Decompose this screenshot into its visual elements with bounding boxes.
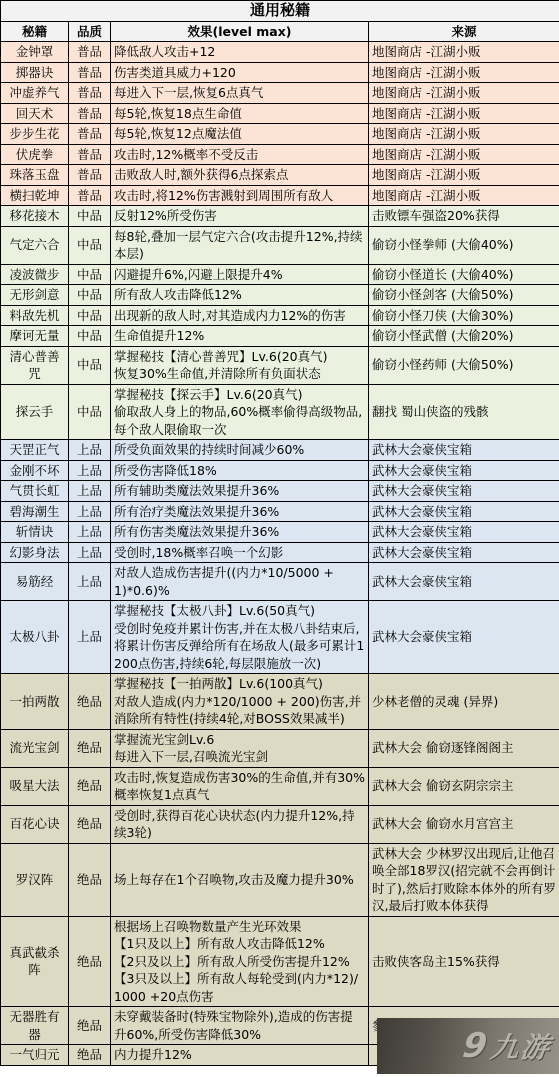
- table-row: 移花接木中品反射12%所受伤害击败镖车强盗20%获得: [1, 206, 559, 227]
- effect-cell: 所受伤害降低18%: [111, 460, 369, 481]
- source-cell: 武林大会豪侠宝箱: [369, 601, 559, 674]
- effect-cell: 所有伤害类魔法效果提升36%: [111, 522, 369, 543]
- manual-name-cell: 气贯长虹: [1, 481, 69, 502]
- quality-cell: 绝品: [69, 843, 111, 916]
- table-row: 一拍两散绝品掌握秘技【一拍两散】Lv.6(100真气) 对敌人造成(内力*120…: [1, 674, 559, 730]
- table-row: 吸星大法绝品攻击时,恢复造成伤害30%的生命值,并有30%概率恢复1点真气武林大…: [1, 767, 559, 805]
- manual-name-cell: 移花接木: [1, 206, 69, 227]
- effect-cell: 击败敌人时,额外获得6点探索点: [111, 165, 369, 186]
- quality-cell: 绝品: [69, 1007, 111, 1045]
- quality-cell: 上品: [69, 522, 111, 543]
- table-row: 金钟罩普品降低敌人攻击+12地图商店 -江湖小贩: [1, 42, 559, 63]
- manual-name-cell: 冲虚养气: [1, 83, 69, 104]
- quality-cell: 中品: [69, 346, 111, 384]
- manual-name-cell: 真武截杀阵: [1, 916, 69, 1007]
- source-cell: 地图商店 -江湖小贩: [369, 144, 559, 165]
- source-cell: 武林大会豪侠宝箱: [369, 460, 559, 481]
- table-row: 无形剑意中品所有敌人攻击降低12%偷窃小怪剑客 (大偷50%): [1, 285, 559, 306]
- quality-cell: 普品: [69, 62, 111, 83]
- manual-name-cell: 太极八卦: [1, 601, 69, 674]
- effect-cell: 攻击时,12%概率不受反击: [111, 144, 369, 165]
- effect-cell: 每5轮,恢复18点生命值: [111, 103, 369, 124]
- effect-cell: 生命值提升12%: [111, 326, 369, 347]
- effect-cell: 出现新的敌人时,对其造成内力12%的伤害: [111, 305, 369, 326]
- source-cell: 偷窃小怪拳师 (大偷40%): [369, 226, 559, 264]
- source-cell: 偷窃小怪道长 (大偷40%): [369, 264, 559, 285]
- table-row: 真武截杀阵绝品根据场上召唤物数量产生光环效果 【1只及以上】所有敌人攻击降低12…: [1, 916, 559, 1007]
- quality-cell: 普品: [69, 103, 111, 124]
- table-row: 百花心诀绝品受创时,获得百花心诀状态(内力提升12%,持续3轮)武林大会 偷窃水…: [1, 805, 559, 843]
- effect-cell: 受创时,获得百花心诀状态(内力提升12%,持续3轮): [111, 805, 369, 843]
- 9game-logo-icon: 9: [461, 1026, 490, 1066]
- manual-name-cell: 罗汉阵: [1, 843, 69, 916]
- table-row: 气贯长虹上品所有辅助类魔法效果提升36%武林大会豪侠宝箱: [1, 481, 559, 502]
- manual-name-cell: 碧海潮生: [1, 501, 69, 522]
- quality-cell: 上品: [69, 481, 111, 502]
- effect-cell: 掌握秘技【一拍两散】Lv.6(100真气) 对敌人造成(内力*120/1000 …: [111, 674, 369, 730]
- manual-name-cell: 清心普善咒: [1, 346, 69, 384]
- source-cell: 偷窃小怪药师 (大偷50%): [369, 346, 559, 384]
- quality-cell: 绝品: [69, 916, 111, 1007]
- source-cell: 武林大会 偷窃逐锋阁阁主: [369, 729, 559, 767]
- effect-cell: 掌握秘技【太极八卦】Lv.6(50真气) 受创时免疫并累计伤害,并在太极八卦结束…: [111, 601, 369, 674]
- quality-cell: 中品: [69, 264, 111, 285]
- quality-cell: 上品: [69, 563, 111, 601]
- quality-cell: 普品: [69, 165, 111, 186]
- effect-cell: 受创时,18%概率召唤一个幻影: [111, 542, 369, 563]
- manual-name-cell: 气定六合: [1, 226, 69, 264]
- source-cell: 地图商店 -江湖小贩: [369, 103, 559, 124]
- effect-cell: 伤害类道具威力+120: [111, 62, 369, 83]
- manual-name-cell: 横扫乾坤: [1, 185, 69, 206]
- manual-name-cell: 凌波微步: [1, 264, 69, 285]
- column-header-quality: 品质: [69, 21, 111, 42]
- manual-name-cell: 探云手: [1, 384, 69, 440]
- quality-cell: 绝品: [69, 729, 111, 767]
- table-row: 料敌先机中品出现新的敌人时,对其造成内力12%的伤害偷窃小怪刀侠 (大偷30%): [1, 305, 559, 326]
- source-cell: 击败镖车强盗20%获得: [369, 206, 559, 227]
- effect-cell: 未穿戴装备时(特殊宝物除外),造成的伤害提升60%,所受伤害降低30%: [111, 1007, 369, 1045]
- quality-cell: 普品: [69, 124, 111, 145]
- source-cell: 武林大会 少林罗汉出现后,让他召唤全部18罗汉(招完就不会再倒计时了),然后打败…: [369, 843, 559, 916]
- effect-cell: 场上每存在1个召唤物,攻击及魔力提升30%: [111, 843, 369, 916]
- quality-cell: 绝品: [69, 674, 111, 730]
- quality-cell: 普品: [69, 185, 111, 206]
- manual-name-cell: 金刚不坏: [1, 460, 69, 481]
- column-header-source: 来源: [369, 21, 559, 42]
- effect-cell: 攻击时,将12%伤害溅射到周围所有敌人: [111, 185, 369, 206]
- effect-cell: 反射12%所受伤害: [111, 206, 369, 227]
- table-row: 探云手中品掌握秘技【探云手】Lv.6(20真气) 偷取敌人身上的物品,60%概率…: [1, 384, 559, 440]
- effect-cell: 降低敌人攻击+12: [111, 42, 369, 63]
- quality-cell: 中品: [69, 326, 111, 347]
- quality-cell: 上品: [69, 501, 111, 522]
- table-title-row: 通用秘籍: [1, 1, 559, 22]
- quality-cell: 普品: [69, 83, 111, 104]
- table-row: 伏虎拳普品攻击时,12%概率不受反击地图商店 -江湖小贩: [1, 144, 559, 165]
- manual-name-cell: 斩情诀: [1, 522, 69, 543]
- quality-cell: 中品: [69, 384, 111, 440]
- table-row: 掷器诀普品伤害类道具威力+120地图商店 -江湖小贩: [1, 62, 559, 83]
- secret-manual-table: 通用秘籍 秘籍 品质 效果(level max) 来源 金钟罩普品降低敌人攻击+…: [0, 0, 559, 1066]
- manual-name-cell: 幻影身法: [1, 542, 69, 563]
- quality-cell: 普品: [69, 144, 111, 165]
- table-row: 太极八卦上品掌握秘技【太极八卦】Lv.6(50真气) 受创时免疫并累计伤害,并在…: [1, 601, 559, 674]
- page-title: 通用秘籍: [1, 1, 559, 22]
- table-row: 气定六合中品每8轮,叠加一层气定六合(攻击提升12%,持续本层)偷窃小怪拳师 (…: [1, 226, 559, 264]
- table-row: 横扫乾坤普品攻击时,将12%伤害溅射到周围所有敌人地图商店 -江湖小贩: [1, 185, 559, 206]
- source-cell: 翻找 蜀山侠盗的残骸: [369, 384, 559, 440]
- table-row: 金刚不坏上品所受伤害降低18%武林大会豪侠宝箱: [1, 460, 559, 481]
- quality-cell: 上品: [69, 542, 111, 563]
- effect-cell: 对敌人造成伤害提升((内力*10/5000 + 1)*0.6)%: [111, 563, 369, 601]
- table-row: 斩情诀上品所有伤害类魔法效果提升36%武林大会豪侠宝箱: [1, 522, 559, 543]
- table-row: 碧海潮生上品所有治疗类魔法效果提升36%武林大会豪侠宝箱: [1, 501, 559, 522]
- manual-name-cell: 天罡正气: [1, 440, 69, 461]
- source-cell: 少林老僧的灵魂 (异界): [369, 674, 559, 730]
- source-cell: 武林大会豪侠宝箱: [369, 542, 559, 563]
- effect-cell: 所受负面效果的持续时间减少60%: [111, 440, 369, 461]
- column-header-manual: 秘籍: [1, 21, 69, 42]
- source-cell: 地图商店 -江湖小贩: [369, 165, 559, 186]
- quality-cell: 绝品: [69, 805, 111, 843]
- effect-cell: 所有治疗类魔法效果提升36%: [111, 501, 369, 522]
- manual-name-cell: 珠落玉盘: [1, 165, 69, 186]
- manual-name-cell: 一气归元: [1, 1045, 69, 1066]
- effect-cell: 根据场上召唤物数量产生光环效果 【1只及以上】所有敌人攻击降低12% 【2只及以…: [111, 916, 369, 1007]
- source-cell: 偷窃小怪剑客 (大偷50%): [369, 285, 559, 306]
- quality-cell: 绝品: [69, 1045, 111, 1066]
- effect-cell: 掌握秘技【探云手】Lv.6(20真气) 偷取敌人身上的物品,60%概率偷得高级物…: [111, 384, 369, 440]
- effect-cell: 掌握秘技【清心普善咒】Lv.6(20真气) 恢复30%生命值,并清除所有负面状态: [111, 346, 369, 384]
- source-cell: 武林大会 偷窃水月宫宫主: [369, 805, 559, 843]
- manual-name-cell: 百花心诀: [1, 805, 69, 843]
- source-cell: 偷窃小怪武僧 (大偷20%): [369, 326, 559, 347]
- effect-cell: 攻击时,恢复造成伤害30%的生命值,并有30%概率恢复1点真气: [111, 767, 369, 805]
- page: 通用秘籍 秘籍 品质 效果(level max) 来源 金钟罩普品降低敌人攻击+…: [0, 0, 559, 1077]
- table-row: 流光宝剑绝品掌握流光宝剑Lv.6 每进入下一层,召唤流光宝剑武林大会 偷窃逐锋阁…: [1, 729, 559, 767]
- table-row: 步步生花普品每5轮,恢复12点魔法值地图商店 -江湖小贩: [1, 124, 559, 145]
- source-cell: 武林大会豪侠宝箱: [369, 440, 559, 461]
- table-row: 珠落玉盘普品击败敌人时,额外获得6点探索点地图商店 -江湖小贩: [1, 165, 559, 186]
- quality-cell: 中品: [69, 206, 111, 227]
- manual-table-body: 金钟罩普品降低敌人攻击+12地图商店 -江湖小贩掷器诀普品伤害类道具威力+120…: [1, 42, 559, 1066]
- source-cell: 地图商店 -江湖小贩: [369, 83, 559, 104]
- 9game-brand-text: 九游: [488, 1026, 554, 1066]
- table-header-row: 秘籍 品质 效果(level max) 来源: [1, 21, 559, 42]
- manual-name-cell: 回天术: [1, 103, 69, 124]
- manual-name-cell: 吸星大法: [1, 767, 69, 805]
- column-header-effect: 效果(level max): [111, 21, 369, 42]
- manual-name-cell: 无形剑意: [1, 285, 69, 306]
- manual-name-cell: 一拍两散: [1, 674, 69, 730]
- source-cell: 武林大会豪侠宝箱: [369, 501, 559, 522]
- table-row: 凌波微步中品闪避提升6%,闪避上限提升4%偷窃小怪道长 (大偷40%): [1, 264, 559, 285]
- manual-name-cell: 掷器诀: [1, 62, 69, 83]
- table-row: 易筋经上品对敌人造成伤害提升((内力*10/5000 + 1)*0.6)%武林大…: [1, 563, 559, 601]
- source-cell: 地图商店 -江湖小贩: [369, 185, 559, 206]
- source-cell: 武林大会豪侠宝箱: [369, 563, 559, 601]
- effect-cell: 闪避提升6%,闪避上限提升4%: [111, 264, 369, 285]
- source-cell: 地图商店 -江湖小贩: [369, 62, 559, 83]
- quality-cell: 上品: [69, 440, 111, 461]
- source-cell: 地图商店 -江湖小贩: [369, 124, 559, 145]
- quality-cell: 上品: [69, 601, 111, 674]
- effect-cell: 所有敌人攻击降低12%: [111, 285, 369, 306]
- quality-cell: 上品: [69, 460, 111, 481]
- quality-cell: 绝品: [69, 767, 111, 805]
- effect-cell: 内力提升12%: [111, 1045, 369, 1066]
- effect-cell: 所有辅助类魔法效果提升36%: [111, 481, 369, 502]
- table-row: 天罡正气上品所受负面效果的持续时间减少60%武林大会豪侠宝箱: [1, 440, 559, 461]
- table-row: 幻影身法上品受创时,18%概率召唤一个幻影武林大会豪侠宝箱: [1, 542, 559, 563]
- 9game-watermark: 9 九游: [377, 1018, 559, 1074]
- source-cell: 偷窃小怪刀侠 (大偷30%): [369, 305, 559, 326]
- manual-name-cell: 金钟罩: [1, 42, 69, 63]
- effect-cell: 掌握流光宝剑Lv.6 每进入下一层,召唤流光宝剑: [111, 729, 369, 767]
- source-cell: 地图商店 -江湖小贩: [369, 42, 559, 63]
- effect-cell: 每5轮,恢复12点魔法值: [111, 124, 369, 145]
- effect-cell: 每8轮,叠加一层气定六合(攻击提升12%,持续本层): [111, 226, 369, 264]
- table-row: 清心普善咒中品掌握秘技【清心普善咒】Lv.6(20真气) 恢复30%生命值,并清…: [1, 346, 559, 384]
- table-row: 摩诃无量中品生命值提升12%偷窃小怪武僧 (大偷20%): [1, 326, 559, 347]
- source-cell: 武林大会豪侠宝箱: [369, 481, 559, 502]
- quality-cell: 中品: [69, 226, 111, 264]
- table-row: 罗汉阵绝品场上每存在1个召唤物,攻击及魔力提升30%武林大会 少林罗汉出现后,让…: [1, 843, 559, 916]
- quality-cell: 中品: [69, 285, 111, 306]
- manual-name-cell: 料敌先机: [1, 305, 69, 326]
- source-cell: 击败侠客岛主15%获得: [369, 916, 559, 1007]
- table-row: 回天术普品每5轮,恢复18点生命值地图商店 -江湖小贩: [1, 103, 559, 124]
- manual-name-cell: 步步生花: [1, 124, 69, 145]
- table-row: 冲虚养气普品每进入下一层,恢复6点真气地图商店 -江湖小贩: [1, 83, 559, 104]
- quality-cell: 普品: [69, 42, 111, 63]
- manual-name-cell: 摩诃无量: [1, 326, 69, 347]
- source-cell: 武林大会 偷窃玄阴宗宗主: [369, 767, 559, 805]
- manual-name-cell: 易筋经: [1, 563, 69, 601]
- manual-name-cell: 伏虎拳: [1, 144, 69, 165]
- manual-name-cell: 流光宝剑: [1, 729, 69, 767]
- effect-cell: 每进入下一层,恢复6点真气: [111, 83, 369, 104]
- quality-cell: 中品: [69, 305, 111, 326]
- source-cell: 武林大会豪侠宝箱: [369, 522, 559, 543]
- manual-name-cell: 无器胜有器: [1, 1007, 69, 1045]
